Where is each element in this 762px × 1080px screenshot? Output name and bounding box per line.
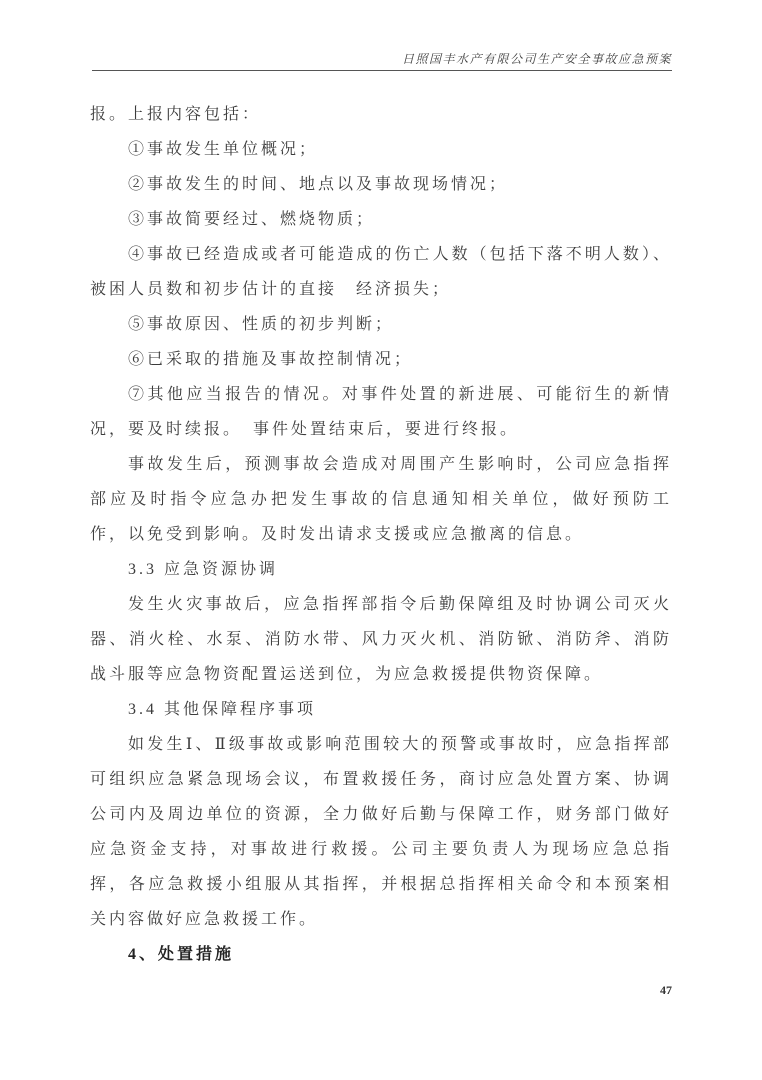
document-body: 报。上报内容包括： ①事故发生单位概况； ②事故发生的时间、地点以及事故现场情况… [90, 97, 672, 972]
list-item-1: ①事故发生单位概况； [90, 132, 672, 167]
page-number: 47 [92, 983, 672, 998]
list-item-3: ③事故简要经过、燃烧物质； [90, 202, 672, 237]
list-item-2: ②事故发生的时间、地点以及事故现场情况； [90, 167, 672, 202]
body-paragraph-resource-coordination: 发生火灾事故后，应急指挥部指令后勤保障组及时协调公司灭火器、消火栓、水泵、消防水… [90, 587, 672, 692]
header-divider-line [92, 70, 672, 71]
section-heading-3-4: 3.4 其他保障程序事项 [90, 692, 672, 727]
page-header-title: 日照国丰水产有限公司生产安全事故应急预案 [92, 50, 672, 67]
continued-paragraph: 报。上报内容包括： [90, 97, 672, 132]
list-item-4: ④事故已经造成或者可能造成的伤亡人数（包括下落不明人数）、被困人员数和初步估计的… [90, 237, 672, 307]
body-paragraph-other-safeguards: 如发生Ⅰ、Ⅱ级事故或影响范围较大的预警或事故时，应急指挥部可组织应急紧急现场会议… [90, 727, 672, 937]
list-item-7: ⑦其他应当报告的情况。对事件处置的新进展、可能衍生的新情况，要及时续报。 事件处… [90, 377, 672, 447]
list-item-5: ⑤事故原因、性质的初步判断； [90, 307, 672, 342]
document-page: 日照国丰水产有限公司生产安全事故应急预案 报。上报内容包括： ①事故发生单位概况… [0, 0, 762, 1080]
section-heading-4: 4、处置措施 [90, 937, 672, 972]
body-paragraph-accident-notify: 事故发生后，预测事故会造成对周围产生影响时，公司应急指挥部应及时指令应急办把发生… [90, 447, 672, 552]
list-item-6: ⑥已采取的措施及事故控制情况； [90, 342, 672, 377]
section-heading-3-3: 3.3 应急资源协调 [90, 552, 672, 587]
